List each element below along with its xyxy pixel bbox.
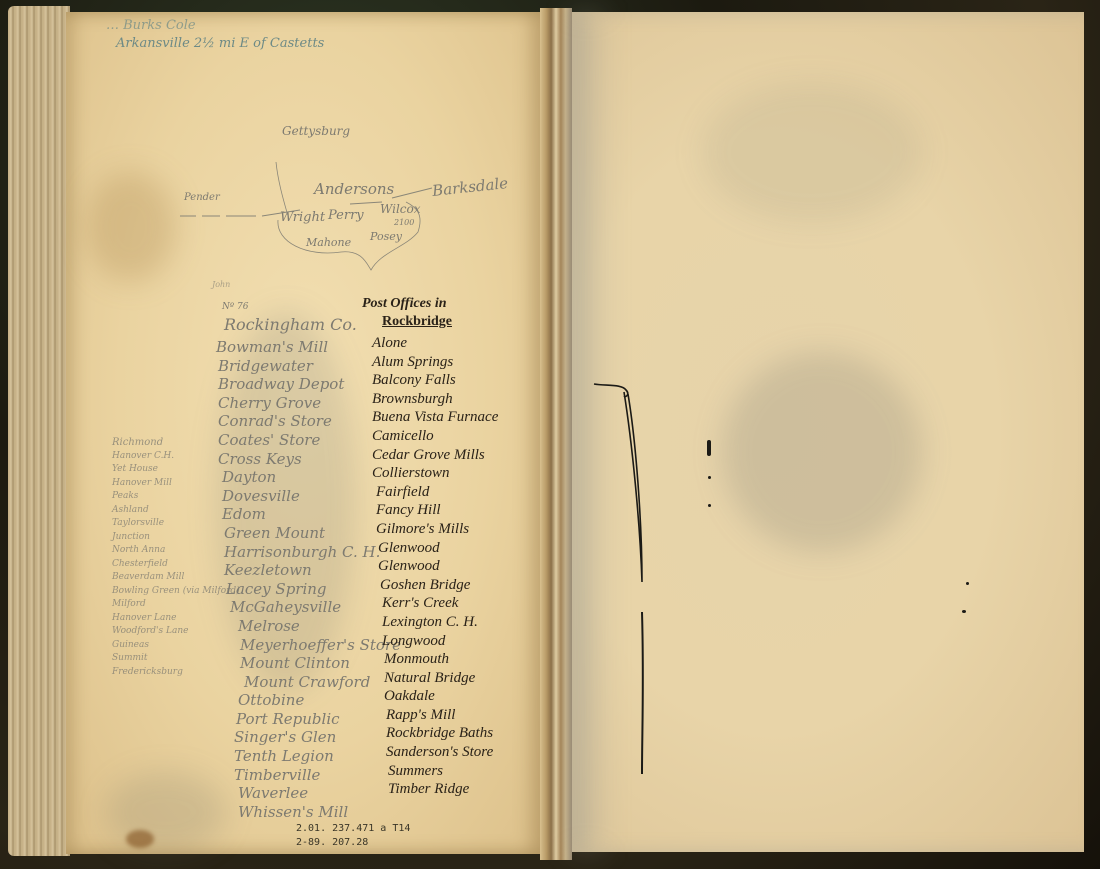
sketch-lines: [166, 162, 466, 272]
list-item: Bowling Green (via Milford): [112, 585, 240, 599]
list-item: Whissen's Mill: [238, 803, 401, 822]
list-item: Sanderson's Store: [386, 743, 498, 762]
list-item: Balcony Falls: [372, 371, 498, 390]
ink-mark: [707, 440, 711, 456]
pencil-smudge: [106, 772, 226, 852]
list-item: Gilmore's Mills: [376, 520, 498, 539]
list-item: Rockbridge Baths: [386, 724, 498, 743]
catalog-numbers: 2.01. 237.471 a T14 2-89. 207.28: [296, 822, 410, 850]
list-item: Yet House: [112, 463, 240, 477]
top-note-line1: … Burks Cole: [106, 18, 196, 33]
rockbridge-heading-line2: Rockbridge: [382, 314, 452, 330]
list-item: Ashland: [112, 504, 240, 518]
list-item: Natural Bridge: [384, 669, 498, 688]
binding-thread: [592, 382, 652, 782]
list-item: Camicello: [372, 427, 498, 446]
list-item: Rapp's Mill: [386, 706, 498, 725]
list-item: Glenwood: [378, 539, 498, 558]
list-item: Richmond: [112, 436, 240, 450]
offset-smudge: [702, 82, 922, 222]
marginal-note: John: [212, 280, 230, 289]
list-item: Alum Springs: [372, 353, 498, 372]
list-item: Alone: [372, 334, 498, 353]
rockingham-number: Nº 76: [222, 302, 248, 312]
list-item: Fredericksburg: [112, 666, 240, 680]
list-item: Collierstown: [372, 464, 498, 483]
ink-dot: [966, 582, 969, 585]
list-item: Woodford's Lane: [112, 625, 240, 639]
left-page: … Burks Cole Arkansville 2½ mi E of Cast…: [66, 12, 544, 854]
list-item: Summers: [388, 762, 498, 781]
list-item: Brownsburgh: [372, 390, 498, 409]
list-item: Milford: [112, 598, 240, 612]
water-stain: [86, 172, 176, 282]
list-item: Junction: [112, 531, 240, 545]
list-item: Hanover C.H.: [112, 450, 240, 464]
list-item: Buena Vista Furnace: [372, 408, 498, 427]
richmond-list: Richmond Hanover C.H. Yet House Hanover …: [112, 436, 240, 679]
rockingham-heading: Rockingham Co.: [224, 315, 357, 334]
catalog-line2: 2-89. 207.28: [296, 836, 410, 850]
list-item: North Anna: [112, 544, 240, 558]
sketch-gettysburg: Gettysburg: [282, 124, 350, 138]
list-item: Summit: [112, 652, 240, 666]
list-item: Chesterfield: [112, 558, 240, 572]
catalog-line1: 2.01. 237.471 a T14: [296, 822, 410, 836]
list-item: Monmouth: [384, 650, 498, 669]
list-item: Lexington C. H.: [382, 613, 498, 632]
list-item: Oakdale: [384, 687, 498, 706]
list-item: Fairfield: [376, 483, 498, 502]
list-item: Goshen Bridge: [380, 576, 498, 595]
list-item: Hanover Lane: [112, 612, 240, 626]
list-item: Hanover Mill: [112, 477, 240, 491]
top-note-line2: Arkansville 2½ mi E of Castetts: [116, 36, 324, 51]
ink-dot: [708, 504, 711, 507]
page-edges: [8, 6, 70, 856]
list-item: Cedar Grove Mills: [372, 446, 498, 465]
list-item: Longwood: [382, 632, 498, 651]
rockbridge-heading-line1: Post Offices in: [362, 296, 447, 312]
list-item: Fancy Hill: [376, 501, 498, 520]
ink-dot: [962, 610, 966, 613]
list-item: Guineas: [112, 639, 240, 653]
list-item: Glenwood: [378, 557, 498, 576]
ink-dot: [708, 476, 711, 479]
rust-stain: [126, 830, 154, 848]
list-item: Peaks: [112, 490, 240, 504]
list-item: Timber Ridge: [388, 780, 498, 799]
right-page-flyleaf: [572, 12, 1084, 852]
book-gutter: [540, 8, 572, 860]
list-item: Kerr's Creek: [382, 594, 498, 613]
list-item: Taylorsville: [112, 517, 240, 531]
list-item: Beaverdam Mill: [112, 571, 240, 585]
rockbridge-list: Alone Alum Springs Balcony Falls Brownsb…: [372, 334, 498, 799]
offset-smudge: [722, 352, 922, 552]
